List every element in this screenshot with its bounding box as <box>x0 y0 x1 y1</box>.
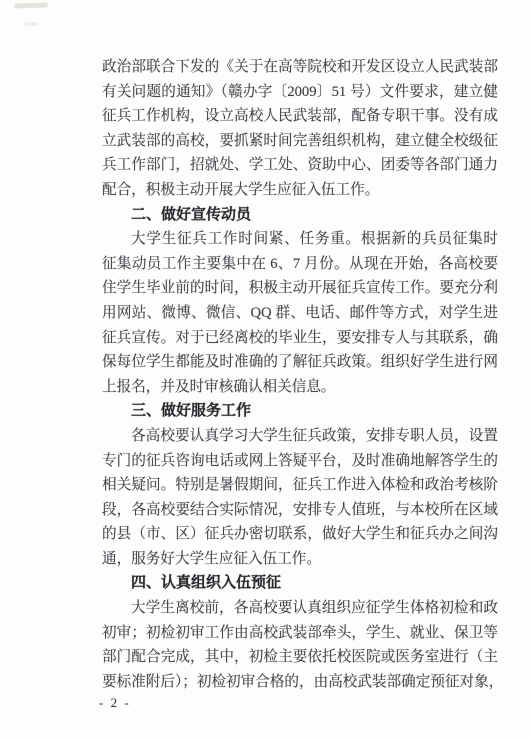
text-line: 征集动员工作主要集中在 6、7 月份。从现在开始，各高校要抓 <box>102 252 498 277</box>
text-line: 住学生毕业前的时间，积极主动开展征兵宣传工作。要充分利 <box>102 276 498 301</box>
section-heading: 三、做好服务工作 <box>102 399 498 424</box>
text-line: 立武装部的高校，要抓紧时间完善组织机构，建立健全校级征 <box>102 129 498 154</box>
text-line: 部门配合完成，其中，初检主要依托校医院或医务室进行（主 <box>102 645 498 670</box>
text-line: 征兵工作机构，设立高校人民武装部，配备专职干事。没有成 <box>102 104 498 129</box>
page-number: - 2 - <box>99 694 131 712</box>
text-line: 政治部联合下发的《关于在高等院校和开发区设立人民武装部 <box>102 55 498 80</box>
text-line: 征兵宣传。对于已经离校的毕业生，要安排专人与其联系，确 <box>102 326 498 351</box>
text-line: 兵工作部门，招就处、学工处、资助中心、团委等各部门通力 <box>102 153 498 178</box>
text-line: 相关疑问。特别是暑假期间，征兵工作进入体检和政治考核阶 <box>102 473 498 498</box>
text-line: 用网站、微博、微信、QQ 群、电话、邮件等方式，对学生进行 <box>102 301 498 326</box>
text-line: 专门的征兵咨询电话或网上答疑平台，及时准确地解答学生的 <box>102 449 498 474</box>
text-block: 政治部联合下发的《关于在高等院校和开发区设立人民武装部有关问题的通知》（赣办字〔… <box>102 55 498 694</box>
text-line: 通，服务好大学生应征入伍工作。 <box>102 547 498 572</box>
section-heading: 四、认真组织入伍预征 <box>102 571 498 596</box>
text-line: 有关问题的通知》（赣办字〔2009〕51 号）文件要求，建立健全 <box>102 80 498 105</box>
text-line: 保每位学生都能及时准确的了解征兵政策。组织好学生进行网 <box>102 350 498 375</box>
scan-artifact <box>14 2 48 8</box>
scan-artifact <box>24 22 38 26</box>
document-page: 政治部联合下发的《关于在高等院校和开发区设立人民武装部有关问题的通知》（赣办字〔… <box>0 0 530 741</box>
section-heading: 二、做好宣传动员 <box>102 203 498 228</box>
text-line: 各高校要认真学习大学生征兵政策，安排专职人员，设置 <box>102 424 498 449</box>
text-line: 要标准附后）；初检初审合格的，由高校武装部确定预征对象， <box>102 670 498 695</box>
text-line: 的县（市、区）征兵办密切联系，做好大学生和征兵办之间沟 <box>102 522 498 547</box>
text-line: 初审；初检初审工作由高校武装部牵头，学生、就业、保卫等 <box>102 621 498 646</box>
text-line: 上报名，并及时审核确认相关信息。 <box>102 375 498 400</box>
text-line: 段，各高校要结合实际情况，安排专人值班，与本校所在区域 <box>102 498 498 523</box>
text-line: 大学生征兵工作时间紧、任务重。根据新的兵员征集时间， <box>102 227 498 252</box>
text-line: 配合，积极主动开展大学生应征入伍工作。 <box>102 178 498 203</box>
text-line: 大学生离校前，各高校要认真组织应征学生体格初检和政治 <box>102 596 498 621</box>
